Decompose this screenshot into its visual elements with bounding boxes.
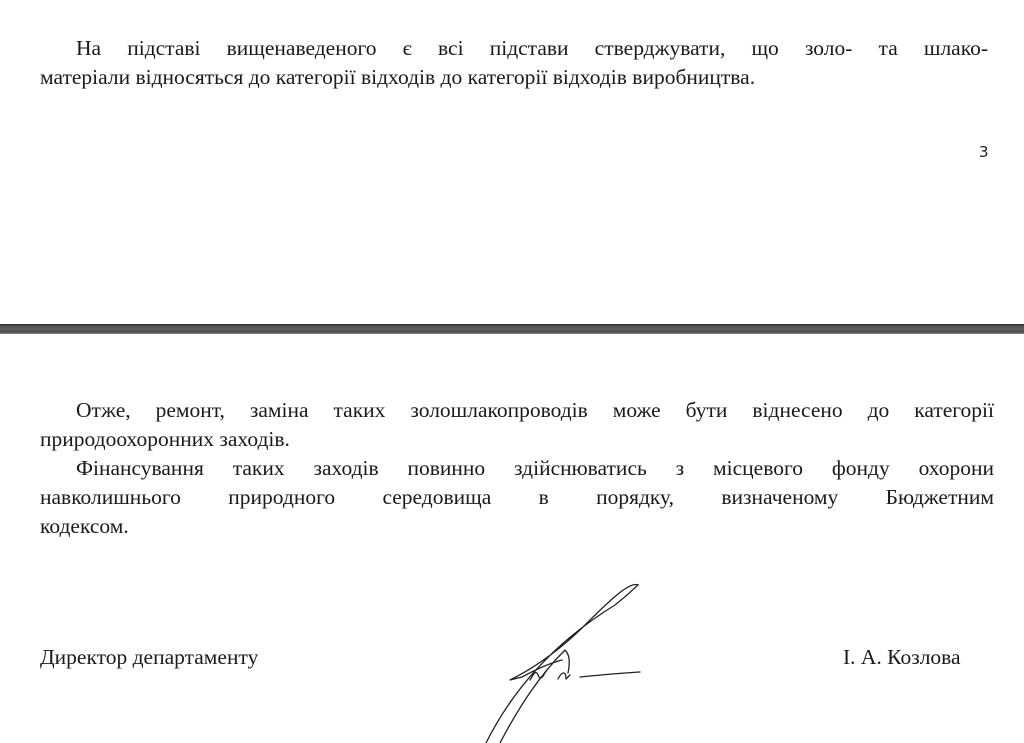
paragraph-line: На підставі вищенаведеного є всі підстав…: [40, 34, 988, 63]
repair-paragraph: Отже, ремонт, заміна таких золошлакопров…: [40, 396, 994, 454]
conclusion-paragraph: На підставі вищенаведеного є всі підстав…: [40, 34, 988, 92]
paragraph-line: Фінансування таких заходів повинно здійс…: [40, 454, 994, 483]
paragraph-line: матеріали відносяться до категорії відхо…: [40, 63, 988, 92]
document-page-top: На підставі вищенаведеного є всі підстав…: [0, 0, 1024, 324]
paragraph-line: природоохоронних заходів.: [40, 425, 994, 454]
signer-name: І. А. Козлова: [843, 645, 961, 670]
signer-title: Директор департаменту: [40, 645, 258, 670]
financing-paragraph: Фінансування таких заходів повинно здійс…: [40, 454, 994, 541]
page-number: 3: [979, 143, 989, 161]
paragraph-line: Отже, ремонт, заміна таких золошлакопров…: [40, 396, 994, 425]
paragraph-line: навколишнього природного середовища в по…: [40, 483, 994, 512]
page-separator: [0, 324, 1024, 334]
paragraph-line: кодексом.: [40, 512, 994, 541]
handwritten-signature: [470, 575, 670, 743]
